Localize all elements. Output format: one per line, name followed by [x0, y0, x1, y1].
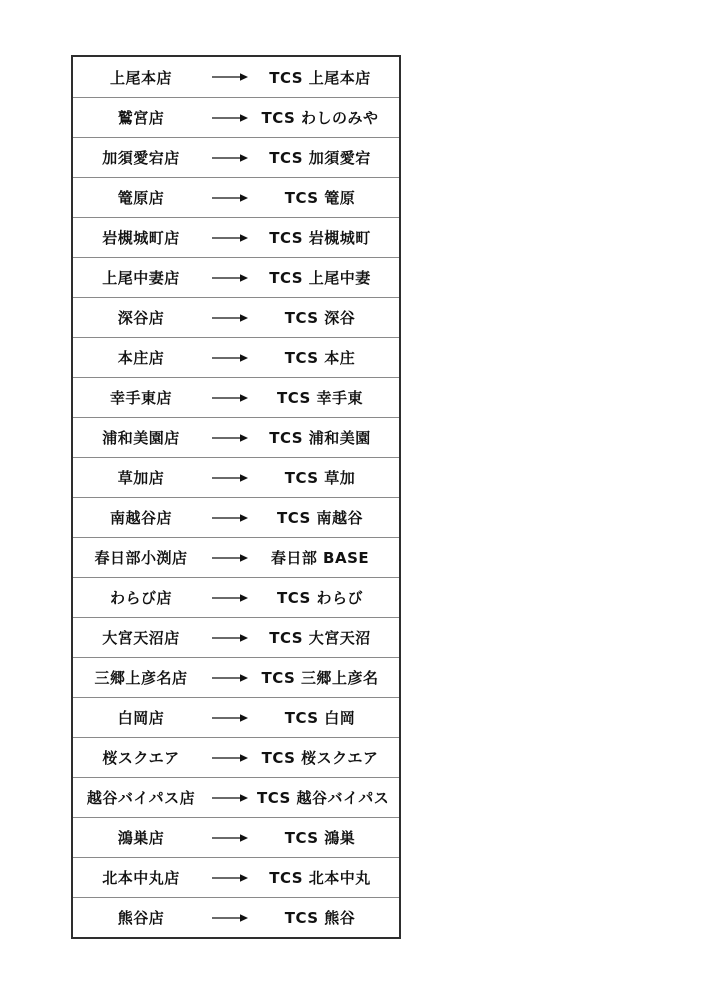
table-row: 春日部小渕店 春日部 BASE [73, 537, 399, 577]
right-arrow-icon [203, 832, 257, 844]
old-store-name: 上尾本店 [73, 67, 203, 88]
old-store-name: 越谷バイパス店 [73, 787, 203, 808]
table-row: 加須愛宕店 TCS 加須愛宕 [73, 137, 399, 177]
right-arrow-icon [203, 71, 257, 83]
new-store-name: TCS 越谷バイパス [257, 787, 405, 808]
right-arrow-icon [203, 592, 257, 604]
right-arrow-icon [203, 792, 257, 804]
right-arrow-icon [203, 272, 257, 284]
right-arrow-icon [203, 752, 257, 764]
old-store-name: 篭原店 [73, 187, 203, 208]
right-arrow-icon [203, 632, 257, 644]
table-row: 鴻巣店 TCS 鴻巣 [73, 817, 399, 857]
new-store-name: TCS 熊谷 [257, 907, 399, 928]
old-store-name: 浦和美園店 [73, 427, 203, 448]
table-row: 浦和美園店 TCS 浦和美園 [73, 417, 399, 457]
old-store-name: 熊谷店 [73, 907, 203, 928]
table-row: 岩槻城町店 TCS 岩槻城町 [73, 217, 399, 257]
table-row: 本庄店 TCS 本庄 [73, 337, 399, 377]
new-store-name: TCS 浦和美園 [257, 427, 399, 448]
right-arrow-icon [203, 552, 257, 564]
new-store-name: TCS 上尾中妻 [257, 267, 399, 288]
table-row: 南越谷店 TCS 南越谷 [73, 497, 399, 537]
new-store-name: TCS 大宮天沼 [257, 627, 399, 648]
right-arrow-icon [203, 312, 257, 324]
right-arrow-icon [203, 672, 257, 684]
table-row: 深谷店 TCS 深谷 [73, 297, 399, 337]
new-store-name: TCS 上尾本店 [257, 67, 399, 88]
table-row: 白岡店 TCS 白岡 [73, 697, 399, 737]
table-row: 幸手東店 TCS 幸手東 [73, 377, 399, 417]
old-store-name: 深谷店 [73, 307, 203, 328]
page-root: 上尾本店 TCS 上尾本店 鷲宮店 TCS わしのみや 加須愛宕店 TCS 加須 [0, 0, 707, 1000]
new-store-name: TCS 篭原 [257, 187, 399, 208]
right-arrow-icon [203, 392, 257, 404]
table-row: わらび店 TCS わらび [73, 577, 399, 617]
new-store-name: TCS 鴻巣 [257, 827, 399, 848]
new-store-name: TCS 白岡 [257, 707, 399, 728]
new-store-name: TCS 南越谷 [257, 507, 399, 528]
new-store-name: TCS 幸手東 [257, 387, 399, 408]
old-store-name: 岩槻城町店 [73, 227, 203, 248]
table-row: 熊谷店 TCS 熊谷 [73, 897, 399, 937]
old-store-name: 桜スクエア [73, 747, 203, 768]
store-rename-table: 上尾本店 TCS 上尾本店 鷲宮店 TCS わしのみや 加須愛宕店 TCS 加須 [71, 55, 401, 939]
table-row: 三郷上彦名店 TCS 三郷上彦名 [73, 657, 399, 697]
right-arrow-icon [203, 352, 257, 364]
old-store-name: 本庄店 [73, 347, 203, 368]
new-store-name: TCS 岩槻城町 [257, 227, 399, 248]
old-store-name: わらび店 [73, 587, 203, 608]
new-store-name: TCS 桜スクエア [257, 747, 399, 768]
table-row: 北本中丸店 TCS 北本中丸 [73, 857, 399, 897]
new-store-name: TCS 草加 [257, 467, 399, 488]
right-arrow-icon [203, 912, 257, 924]
right-arrow-icon [203, 712, 257, 724]
new-store-name: TCS わしのみや [257, 107, 399, 128]
new-store-name: TCS 加須愛宕 [257, 147, 399, 168]
right-arrow-icon [203, 432, 257, 444]
table-row: 上尾中妻店 TCS 上尾中妻 [73, 257, 399, 297]
old-store-name: 鴻巣店 [73, 827, 203, 848]
old-store-name: 草加店 [73, 467, 203, 488]
table-row: 桜スクエア TCS 桜スクエア [73, 737, 399, 777]
new-store-name: 春日部 BASE [257, 547, 399, 568]
right-arrow-icon [203, 152, 257, 164]
table-row: 越谷バイパス店 TCS 越谷バイパス [73, 777, 399, 817]
table-row: 上尾本店 TCS 上尾本店 [73, 57, 399, 97]
old-store-name: 鷲宮店 [73, 107, 203, 128]
right-arrow-icon [203, 232, 257, 244]
new-store-name: TCS 三郷上彦名 [257, 667, 399, 688]
new-store-name: TCS 深谷 [257, 307, 399, 328]
old-store-name: 三郷上彦名店 [73, 667, 203, 688]
old-store-name: 加須愛宕店 [73, 147, 203, 168]
old-store-name: 幸手東店 [73, 387, 203, 408]
table-row: 篭原店 TCS 篭原 [73, 177, 399, 217]
table-row: 大宮天沼店 TCS 大宮天沼 [73, 617, 399, 657]
right-arrow-icon [203, 472, 257, 484]
right-arrow-icon [203, 512, 257, 524]
right-arrow-icon [203, 112, 257, 124]
new-store-name: TCS 北本中丸 [257, 867, 399, 888]
right-arrow-icon [203, 192, 257, 204]
old-store-name: 大宮天沼店 [73, 627, 203, 648]
new-store-name: TCS わらび [257, 587, 399, 608]
right-arrow-icon [203, 872, 257, 884]
old-store-name: 春日部小渕店 [73, 547, 203, 568]
old-store-name: 南越谷店 [73, 507, 203, 528]
table-row: 鷲宮店 TCS わしのみや [73, 97, 399, 137]
old-store-name: 白岡店 [73, 707, 203, 728]
old-store-name: 上尾中妻店 [73, 267, 203, 288]
new-store-name: TCS 本庄 [257, 347, 399, 368]
old-store-name: 北本中丸店 [73, 867, 203, 888]
table-row: 草加店 TCS 草加 [73, 457, 399, 497]
